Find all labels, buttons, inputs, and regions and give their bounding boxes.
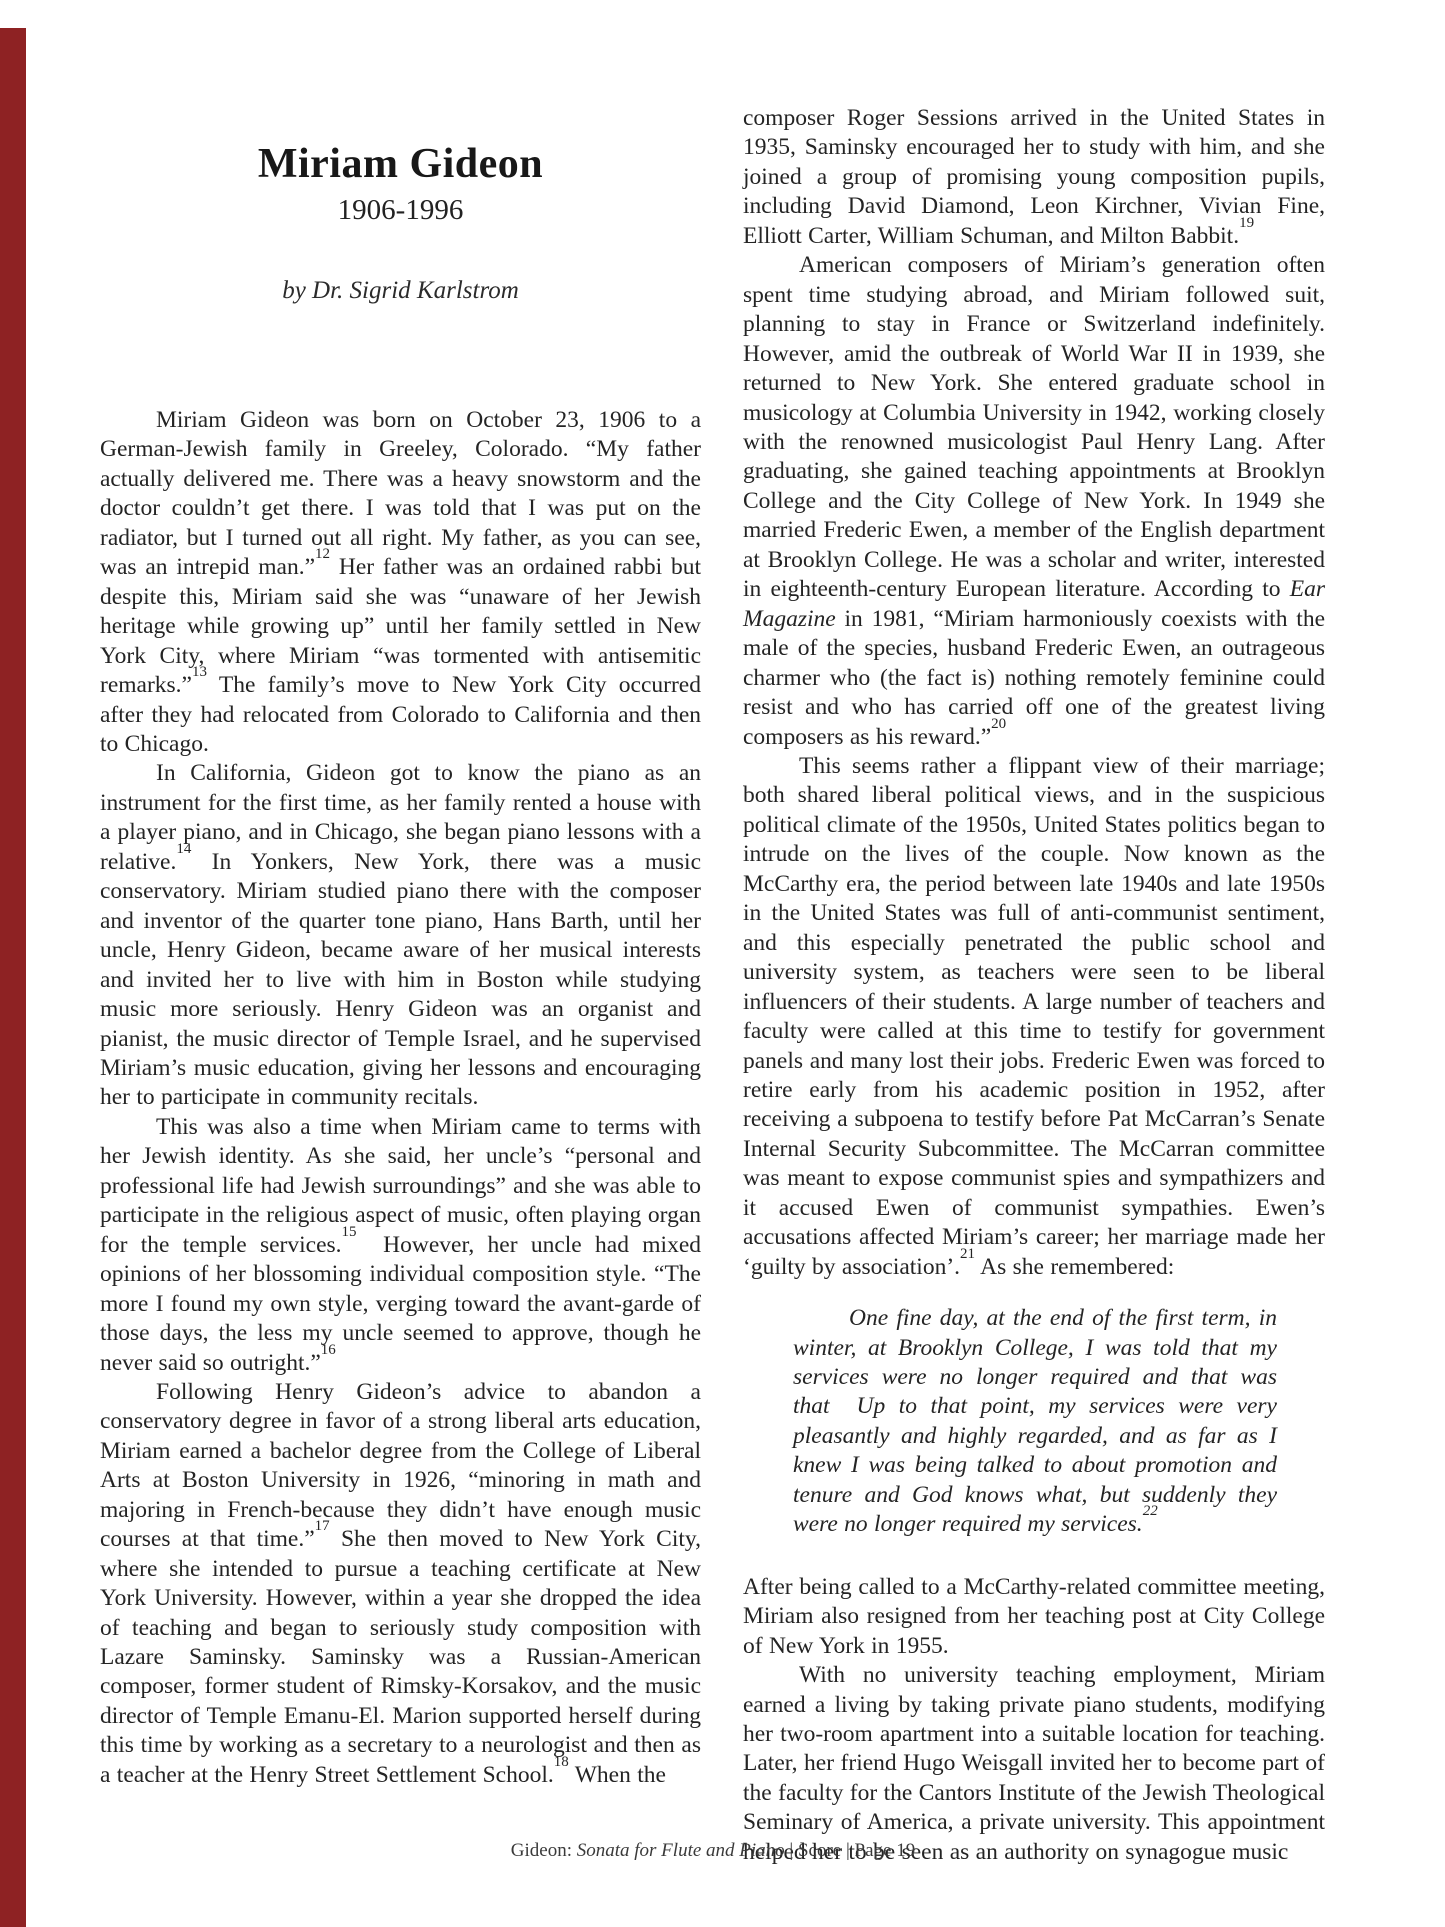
footnote-ref: 20 xyxy=(991,716,1006,732)
article-title: Miriam Gideon xyxy=(100,142,701,187)
footnote-ref: 17 xyxy=(315,1518,330,1534)
right-paragraph-5: With no university teaching employment, … xyxy=(743,1661,1325,1867)
block-quote: One fine day, at the end of the first te… xyxy=(793,1304,1277,1540)
footnote-ref: 22 xyxy=(1143,1503,1158,1519)
italic-text: Ear Magazine xyxy=(743,576,1325,631)
right-paragraph-2: American composers of Miriam’s generatio… xyxy=(743,251,1325,752)
page: Miriam Gideon 1906-1996 by Dr. Sigrid Ka… xyxy=(0,0,1445,1927)
article-byline: by Dr. Sigrid Karlstrom xyxy=(100,277,701,305)
footnote-ref: 13 xyxy=(192,664,207,680)
footnote-ref: 12 xyxy=(315,546,330,562)
page-footer: Gideon: Sonata for Flute and Piano | Sco… xyxy=(100,1840,1326,1862)
left-paragraph-3: This was also a time when Miriam came to… xyxy=(100,1113,701,1378)
footnote-ref: 15 xyxy=(342,1224,357,1240)
right-paragraph-3: This seems rather a flippant view of the… xyxy=(743,752,1325,1282)
left-column: Miriam Gideon was born on October 23, 19… xyxy=(100,406,701,1790)
footnote-ref: 21 xyxy=(960,1246,975,1262)
footnote-ref: 14 xyxy=(176,841,191,857)
right-paragraph-4: After being called to a McCarthy-related… xyxy=(743,1573,1325,1661)
article-header: Miriam Gideon 1906-1996 by Dr. Sigrid Ka… xyxy=(100,142,701,305)
article-dates: 1906-1996 xyxy=(100,194,701,227)
left-paragraph-4: Following Henry Gideon’s advice to aband… xyxy=(100,1378,701,1790)
right-column: composer Roger Sessions arrived in the U… xyxy=(743,104,1325,1867)
left-paragraph-2: In California, Gideon got to know the pi… xyxy=(100,759,701,1112)
right-paragraph-1: composer Roger Sessions arrived in the U… xyxy=(743,104,1325,251)
footnote-ref: 16 xyxy=(321,1342,336,1358)
italic-text: Sonata for Flute and Piano xyxy=(577,1840,785,1861)
footnote-ref: 19 xyxy=(1239,215,1254,231)
left-edge-accent-bar xyxy=(0,28,26,1927)
footnote-ref: 18 xyxy=(554,1754,569,1770)
left-paragraph-1: Miriam Gideon was born on October 23, 19… xyxy=(100,406,701,759)
